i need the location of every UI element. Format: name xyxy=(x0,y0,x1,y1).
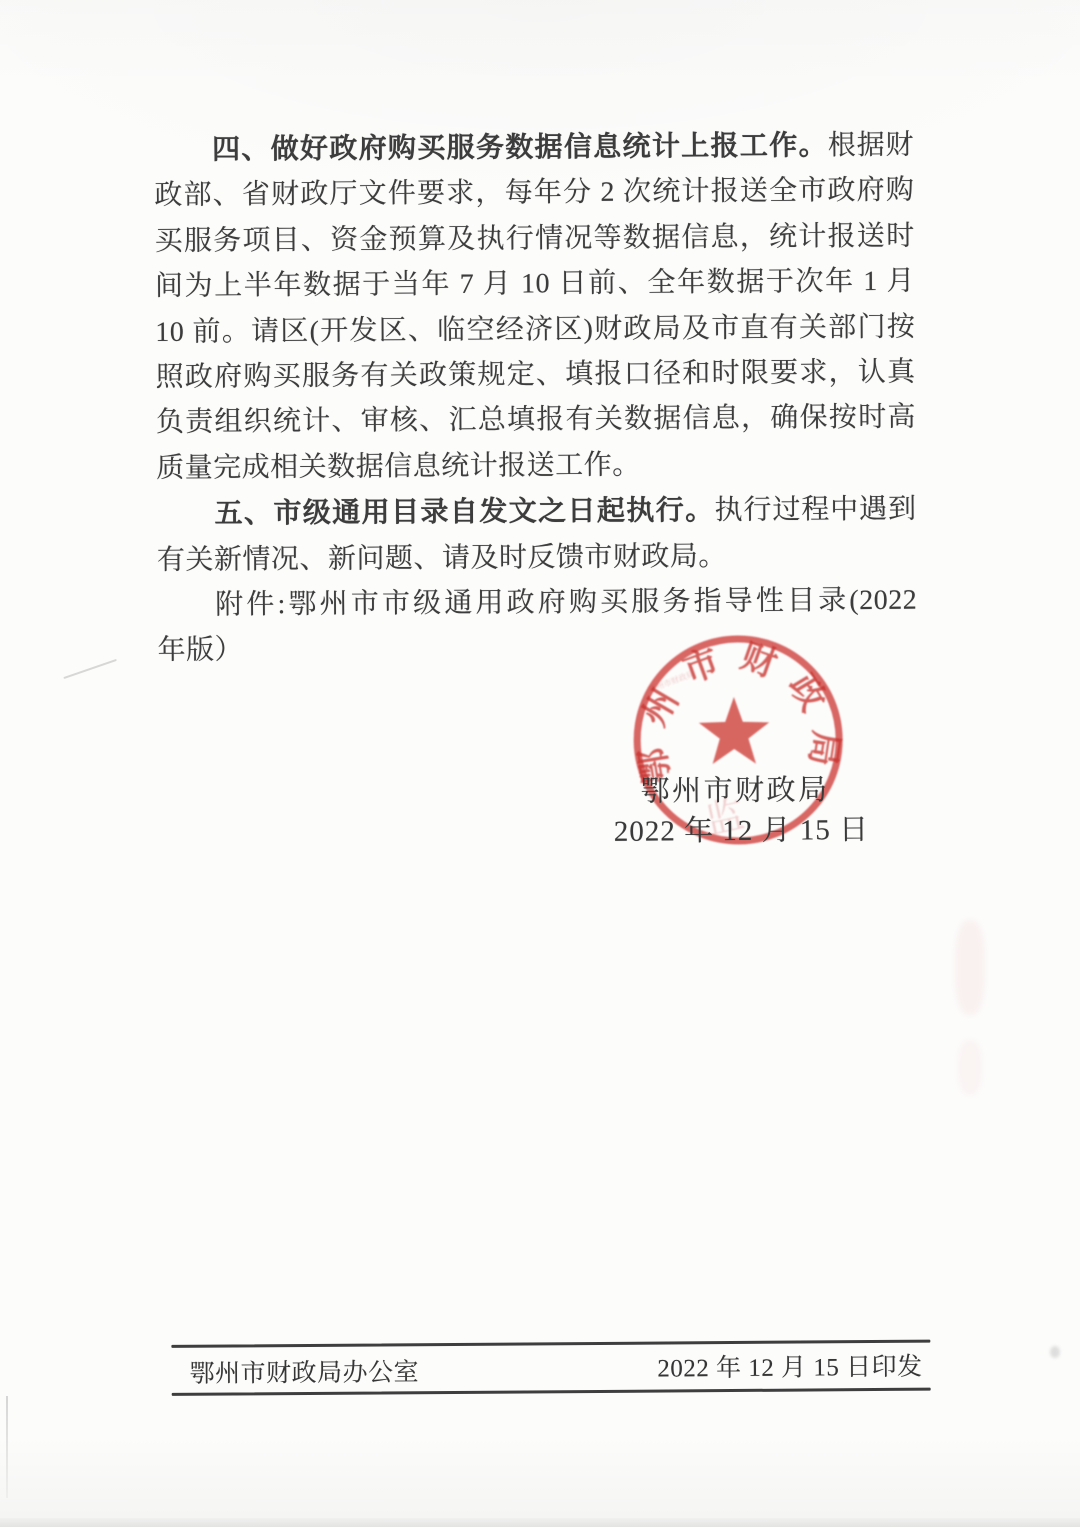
footer-issue-date: 2022 年 12 月 15 日印发 xyxy=(654,1347,922,1385)
scan-edge-line xyxy=(6,1396,8,1498)
star-icon xyxy=(699,697,770,764)
text-run: 质量完成相关数据信息统计报送工作。 xyxy=(156,449,641,483)
text-run: 间为上半年数据于当年 7 月 10 日前、全年数据于次年 1 月 xyxy=(155,266,915,302)
scan-bottom-shadow xyxy=(0,1518,1080,1527)
text-run: 有关新情况、新问题、请及时反馈市财政局。 xyxy=(157,541,727,576)
signature-date: 2022 年 12 月 15 日 xyxy=(614,807,870,850)
text-run: 负责组织统计、审核、汇总填报有关数据信息，确保按时高 xyxy=(156,402,916,438)
text-run: 年版） xyxy=(157,635,243,667)
body-line: 附件:鄂州市市级通用政府购买服务指导性目录(2022 xyxy=(157,578,917,629)
text-run: 10 前。请区(开发区、临空经济区)财政局及市直有关部门按 xyxy=(155,311,915,347)
text-run: 政部、省财政厅文件要求，每年分 2 次统计报送全市政府购 xyxy=(154,175,914,211)
body-line: 政部、省财政厅文件要求，每年分 2 次统计报送全市政府购 xyxy=(154,168,914,219)
body-line: 间为上半年数据于当年 7 月 10 日前、全年数据于次年 1 月 xyxy=(155,259,915,310)
page-content: 四、做好政府购买服务数据信息统计上报工作。根据财 政部、省财政厅文件要求，每年分… xyxy=(0,0,1080,1527)
body-line: 有关新情况、新问题、请及时反馈市财政局。 xyxy=(157,532,917,583)
body-line: 照政府购买服务有关政策规定、填报口径和时限要求，认真 xyxy=(155,350,915,401)
heading-run: 五、市级通用目录自发文之日起执行。 xyxy=(214,494,714,528)
scanned-document-page: { "colors": { "ink": "#3b3b3b", "seal_re… xyxy=(0,0,1080,1527)
ink-smudge xyxy=(955,920,985,1015)
body-line: 买服务项目、资金预算及执行情况等数据信息，统计报送时 xyxy=(155,214,915,265)
body-line: 四、做好政府购买服务数据信息统计上报工作。根据财 xyxy=(154,122,914,174)
footer-office: 鄂州市财政局办公室 xyxy=(189,1352,419,1390)
text-run: 附件:鄂州市市级通用政府购买服务指导性目录(2022 xyxy=(215,585,917,621)
body-line: 负责组织统计、审核、汇总填报有关数据信息，确保按时高 xyxy=(156,395,916,446)
document-body: 四、做好政府购买服务数据信息统计上报工作。根据财 政部、省财政厅文件要求，每年分… xyxy=(154,122,918,674)
scan-speck xyxy=(1050,1346,1060,1358)
ink-smudge xyxy=(958,1040,982,1095)
heading-run: 四、做好政府购买服务数据信息统计上报工作。 xyxy=(212,129,828,164)
body-line: 五、市级通用目录自发文之日起执行。执行过程中遇到 xyxy=(156,486,916,538)
text-run: 执行过程中遇到 xyxy=(714,494,916,526)
text-run: 根据财 xyxy=(828,130,914,162)
text-run: 照政府购买服务有关政策规定、填报口径和时限要求，认真 xyxy=(156,357,916,393)
signature-agency: 鄂州市财政局 xyxy=(640,767,829,809)
text-run: 买服务项目、资金预算及执行情况等数据信息，统计报送时 xyxy=(155,221,915,257)
body-line: 10 前。请区(开发区、临空经济区)财政局及市直有关部门按 xyxy=(155,304,915,355)
body-line: 质量完成相关数据信息统计报送工作。 xyxy=(156,441,916,492)
